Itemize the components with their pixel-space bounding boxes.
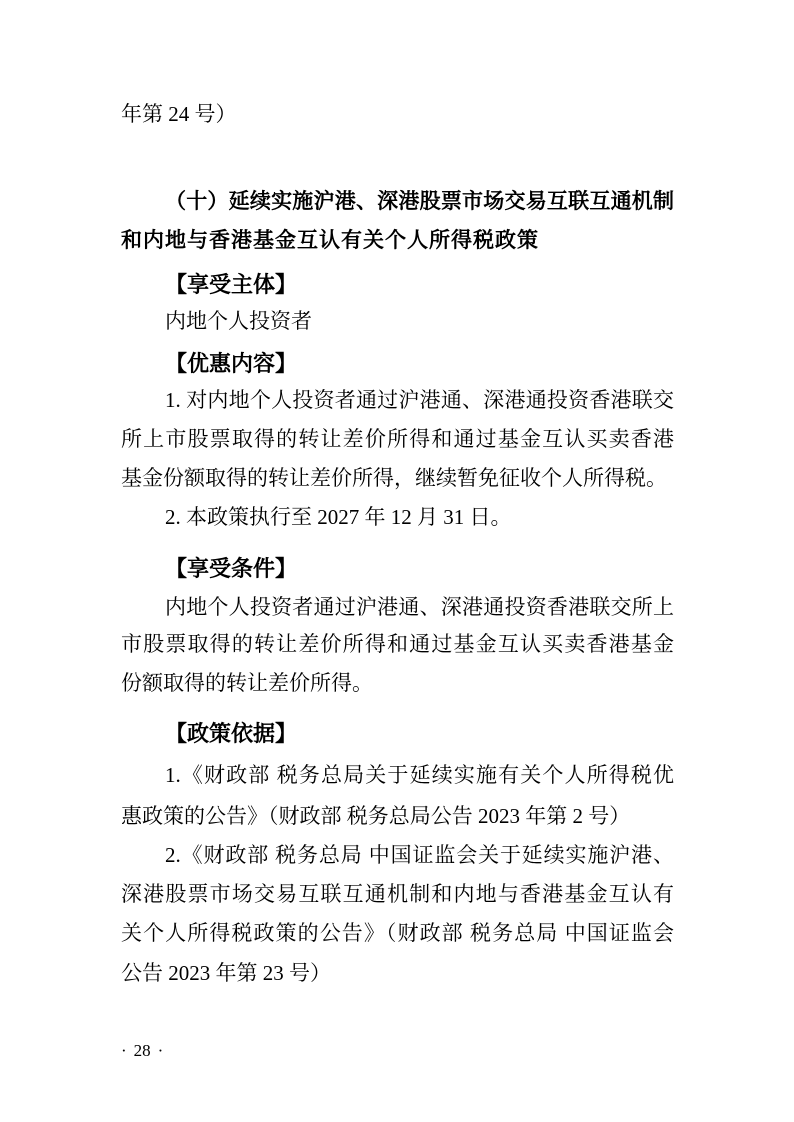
- doc-number-continuation-line: 年第 24 号）: [121, 102, 674, 127]
- conditions-line3: 份额取得的转让差价所得。: [121, 671, 674, 696]
- label-conditions: 【享受条件】: [121, 556, 674, 581]
- footer-dot-right: ·: [158, 1041, 164, 1060]
- benefit-item1-line2: 所上市股票取得的转让差价所得和通过基金互认买卖香港: [121, 427, 674, 452]
- benefit-item2: 2. 本政策执行至 2027 年 12 月 31 日。: [121, 505, 674, 530]
- policy-basis-item2-line2: 深港股票市场交易互联互通机制和内地与香港基金互认有: [121, 882, 674, 907]
- footer-dot-left: ·: [121, 1041, 127, 1060]
- conditions-line1: 内地个人投资者通过沪港通、深港通投资香港联交所上: [121, 595, 674, 620]
- beneficiary-text: 内地个人投资者: [121, 309, 674, 334]
- section-title-line-2: 和内地与香港基金互认有关个人所得税政策: [121, 228, 674, 253]
- label-benefit-content: 【优惠内容】: [121, 351, 674, 376]
- label-beneficiary: 【享受主体】: [121, 272, 674, 297]
- policy-basis-item2-line1: 2.《财政部 税务总局 中国证监会关于延续实施沪港、: [121, 843, 674, 868]
- page-footer: ·28·: [121, 1041, 163, 1061]
- policy-basis-item1-line2: 惠政策的公告》（财政部 税务总局公告 2023 年第 2 号）: [121, 804, 674, 829]
- benefit-item1-line1: 1. 对内地个人投资者通过沪港通、深港通投资香港联交: [121, 388, 674, 413]
- benefit-item1-line3: 基金份额取得的转让差价所得，继续暂免征收个人所得税。: [121, 466, 674, 491]
- label-policy-basis: 【政策依据】: [121, 721, 674, 746]
- conditions-line2: 市股票取得的转让差价所得和通过基金互认买卖香港基金: [121, 632, 674, 657]
- policy-basis-item2-line4: 公告 2023 年第 23 号）: [121, 961, 674, 986]
- page-number: 28: [134, 1041, 151, 1060]
- policy-basis-item1-line1: 1.《财政部 税务总局关于延续实施有关个人所得税优: [121, 763, 674, 788]
- section-title-line-1: （十）延续实施沪港、深港股票市场交易互联互通机制: [121, 189, 674, 214]
- document-page: 年第 24 号） （十）延续实施沪港、深港股票市场交易互联互通机制 和内地与香港…: [0, 0, 794, 1122]
- policy-basis-item2-line3: 关个人所得税政策的公告》（财政部 税务总局 中国证监会: [121, 921, 674, 946]
